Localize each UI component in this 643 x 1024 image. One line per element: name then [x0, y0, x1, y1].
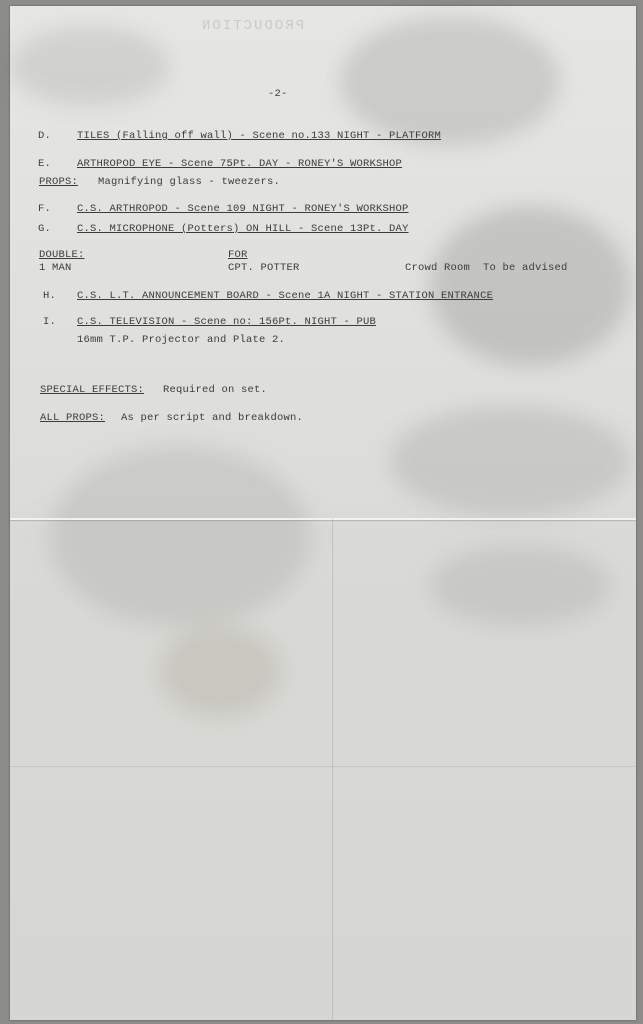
fold-crease [10, 518, 636, 520]
item-letter: D. [38, 130, 51, 142]
smudge [390, 406, 630, 516]
double-value: 1 MAN [39, 262, 72, 274]
all-props-text: As per script and breakdown. [121, 412, 303, 424]
smudge [430, 546, 610, 626]
television-note: 16mm T.P. Projector and Plate 2. [77, 334, 285, 346]
document-page: PRODUCTION -2- D. TILES (Falling off wal… [10, 6, 636, 1020]
item-text: ARTHROPOD EYE - Scene 75Pt. DAY - RONEY'… [77, 158, 402, 170]
smudge [340, 16, 560, 146]
item-letter: F. [38, 203, 51, 215]
item-text: C.S. TELEVISION - Scene no: 156Pt. NIGHT… [77, 316, 376, 328]
item-letter: G. [38, 223, 51, 235]
for-value: CPT. POTTER [228, 262, 300, 274]
item-text: C.S. ARTHROPOD - Scene 109 NIGHT - RONEY… [77, 203, 409, 215]
item-letter: H. [43, 290, 56, 302]
all-props-label: ALL PROPS: [40, 412, 105, 424]
props-label: PROPS: [39, 176, 78, 188]
double-label: DOUBLE: [39, 249, 85, 261]
item-letter: I. [43, 316, 56, 328]
show-through-text: PRODUCTION [200, 18, 304, 34]
props-text: Magnifying glass - tweezers. [98, 176, 280, 188]
item-text: C.S. L.T. ANNOUNCEMENT BOARD - Scene 1A … [77, 290, 493, 302]
fold-crease [332, 518, 333, 1020]
item-text: TILES (Falling off wall) - Scene no.133 … [77, 130, 441, 142]
for-label: FOR [228, 249, 248, 261]
double-note: Crowd Room To be advised [405, 262, 568, 274]
page-number: -2- [268, 88, 288, 100]
smudge [430, 206, 630, 366]
fold-crease [10, 766, 636, 767]
smudge [10, 26, 170, 106]
item-text: C.S. MICROPHONE (Potters) ON HILL - Scen… [77, 223, 409, 235]
item-letter: E. [38, 158, 51, 170]
smudge [50, 446, 310, 626]
special-effects-label: SPECIAL EFFECTS: [40, 384, 144, 396]
special-effects-text: Required on set. [163, 384, 267, 396]
smudge [160, 626, 280, 716]
